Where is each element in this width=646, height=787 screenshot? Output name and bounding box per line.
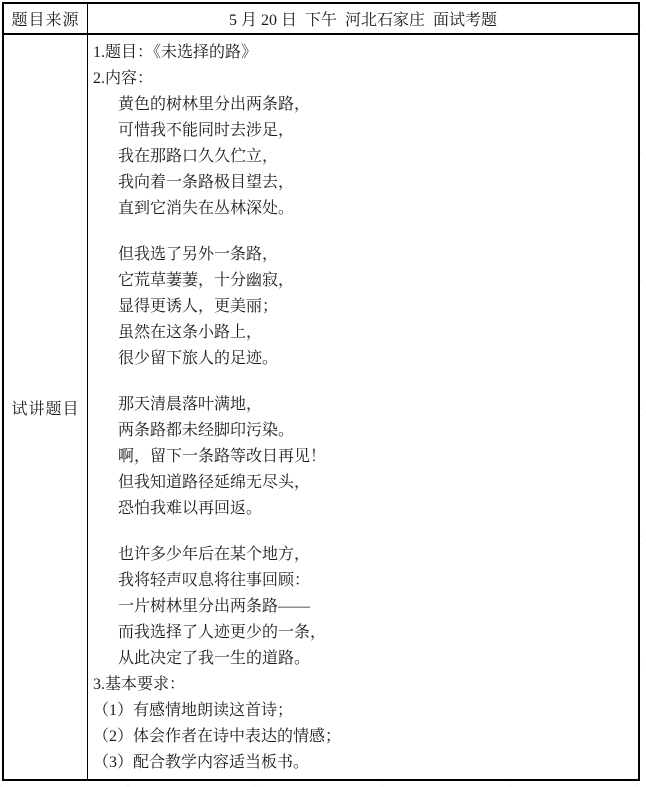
poem-line: 我向着一条路极目望去， xyxy=(93,170,632,196)
poem-line: 可惜我不能同时去涉足， xyxy=(93,118,632,144)
poem-line: 但我选了另外一条路， xyxy=(93,242,632,268)
source-label: 题目来源 xyxy=(11,7,79,30)
poem-line: 那天清晨落叶满地， xyxy=(93,392,632,418)
poem-line: 我将轻声叹息将往事回顾： xyxy=(93,568,632,594)
source-label-cell: 题目来源 xyxy=(4,4,88,33)
source-value: 5 月 20 日 下午 河北石家庄 面试考题 xyxy=(229,7,497,30)
requirement-item: （2）体会作者在诗中表达的情感； xyxy=(93,724,632,750)
poem-line: 黄色的树林里分出两条路， xyxy=(93,92,632,118)
poem-line: 但我知道路径延绵无尽头， xyxy=(93,470,632,496)
poem-line: 两条路都未经脚印污染。 xyxy=(93,418,632,444)
poem-stanza-2: 但我选了另外一条路， 它荒草萋萋，十分幽寂， 显得更诱人，更美丽； 虽然在这条小… xyxy=(93,242,632,372)
poem-line: 一片树林里分出两条路—— xyxy=(93,594,632,620)
requirement-item: （1）有感情地朗读这首诗； xyxy=(93,698,632,724)
topic-label-cell: 试讲题目 xyxy=(4,35,88,779)
exam-question-table: 题目来源 5 月 20 日 下午 河北石家庄 面试考题 试讲题目 1.题目：《未… xyxy=(2,2,640,781)
poem-line: 虽然在这条小路上， xyxy=(93,320,632,346)
poem-line: 它荒草萋萋，十分幽寂， xyxy=(93,268,632,294)
poem-line: 我在那路口久久伫立， xyxy=(93,144,632,170)
question-title-line: 1.题目：《未选择的路》 xyxy=(93,40,632,66)
exam-question-page: 题目来源 5 月 20 日 下午 河北石家庄 面试考题 试讲题目 1.题目：《未… xyxy=(0,0,646,787)
source-row: 题目来源 5 月 20 日 下午 河北石家庄 面试考题 xyxy=(4,4,638,35)
source-value-cell: 5 月 20 日 下午 河北石家庄 面试考题 xyxy=(88,4,638,33)
poem-line: 恐怕我难以再回返。 xyxy=(93,496,632,522)
requirements-label: 3.基本要求： xyxy=(93,672,632,698)
topic-label: 试讲题目 xyxy=(11,396,79,419)
poem-line: 啊，留下一条路等改日再见！ xyxy=(93,444,632,470)
poem-line: 从此决定了我一生的道路。 xyxy=(93,646,632,672)
poem-line: 直到它消失在丛林深处。 xyxy=(93,196,632,222)
poem-line: 也许多少年后在某个地方， xyxy=(93,542,632,568)
poem-line: 很少留下旅人的足迹。 xyxy=(93,346,632,372)
topic-row: 试讲题目 1.题目：《未选择的路》 2.内容： 黄色的树林里分出两条路， 可惜我… xyxy=(4,35,638,779)
poem-stanza-1: 黄色的树林里分出两条路， 可惜我不能同时去涉足， 我在那路口久久伫立， 我向着一… xyxy=(93,92,632,222)
poem-stanza-4: 也许多少年后在某个地方， 我将轻声叹息将往事回顾： 一片树林里分出两条路—— 而… xyxy=(93,542,632,672)
poem-line: 而我选择了人迹更少的一条， xyxy=(93,620,632,646)
poem-line: 显得更诱人，更美丽； xyxy=(93,294,632,320)
poem-stanza-3: 那天清晨落叶满地， 两条路都未经脚印污染。 啊，留下一条路等改日再见！ 但我知道… xyxy=(93,392,632,522)
requirement-item: （3）配合教学内容适当板书。 xyxy=(93,750,632,776)
question-content-cell: 1.题目：《未选择的路》 2.内容： 黄色的树林里分出两条路， 可惜我不能同时去… xyxy=(88,35,638,779)
question-content-label: 2.内容： xyxy=(93,66,632,92)
